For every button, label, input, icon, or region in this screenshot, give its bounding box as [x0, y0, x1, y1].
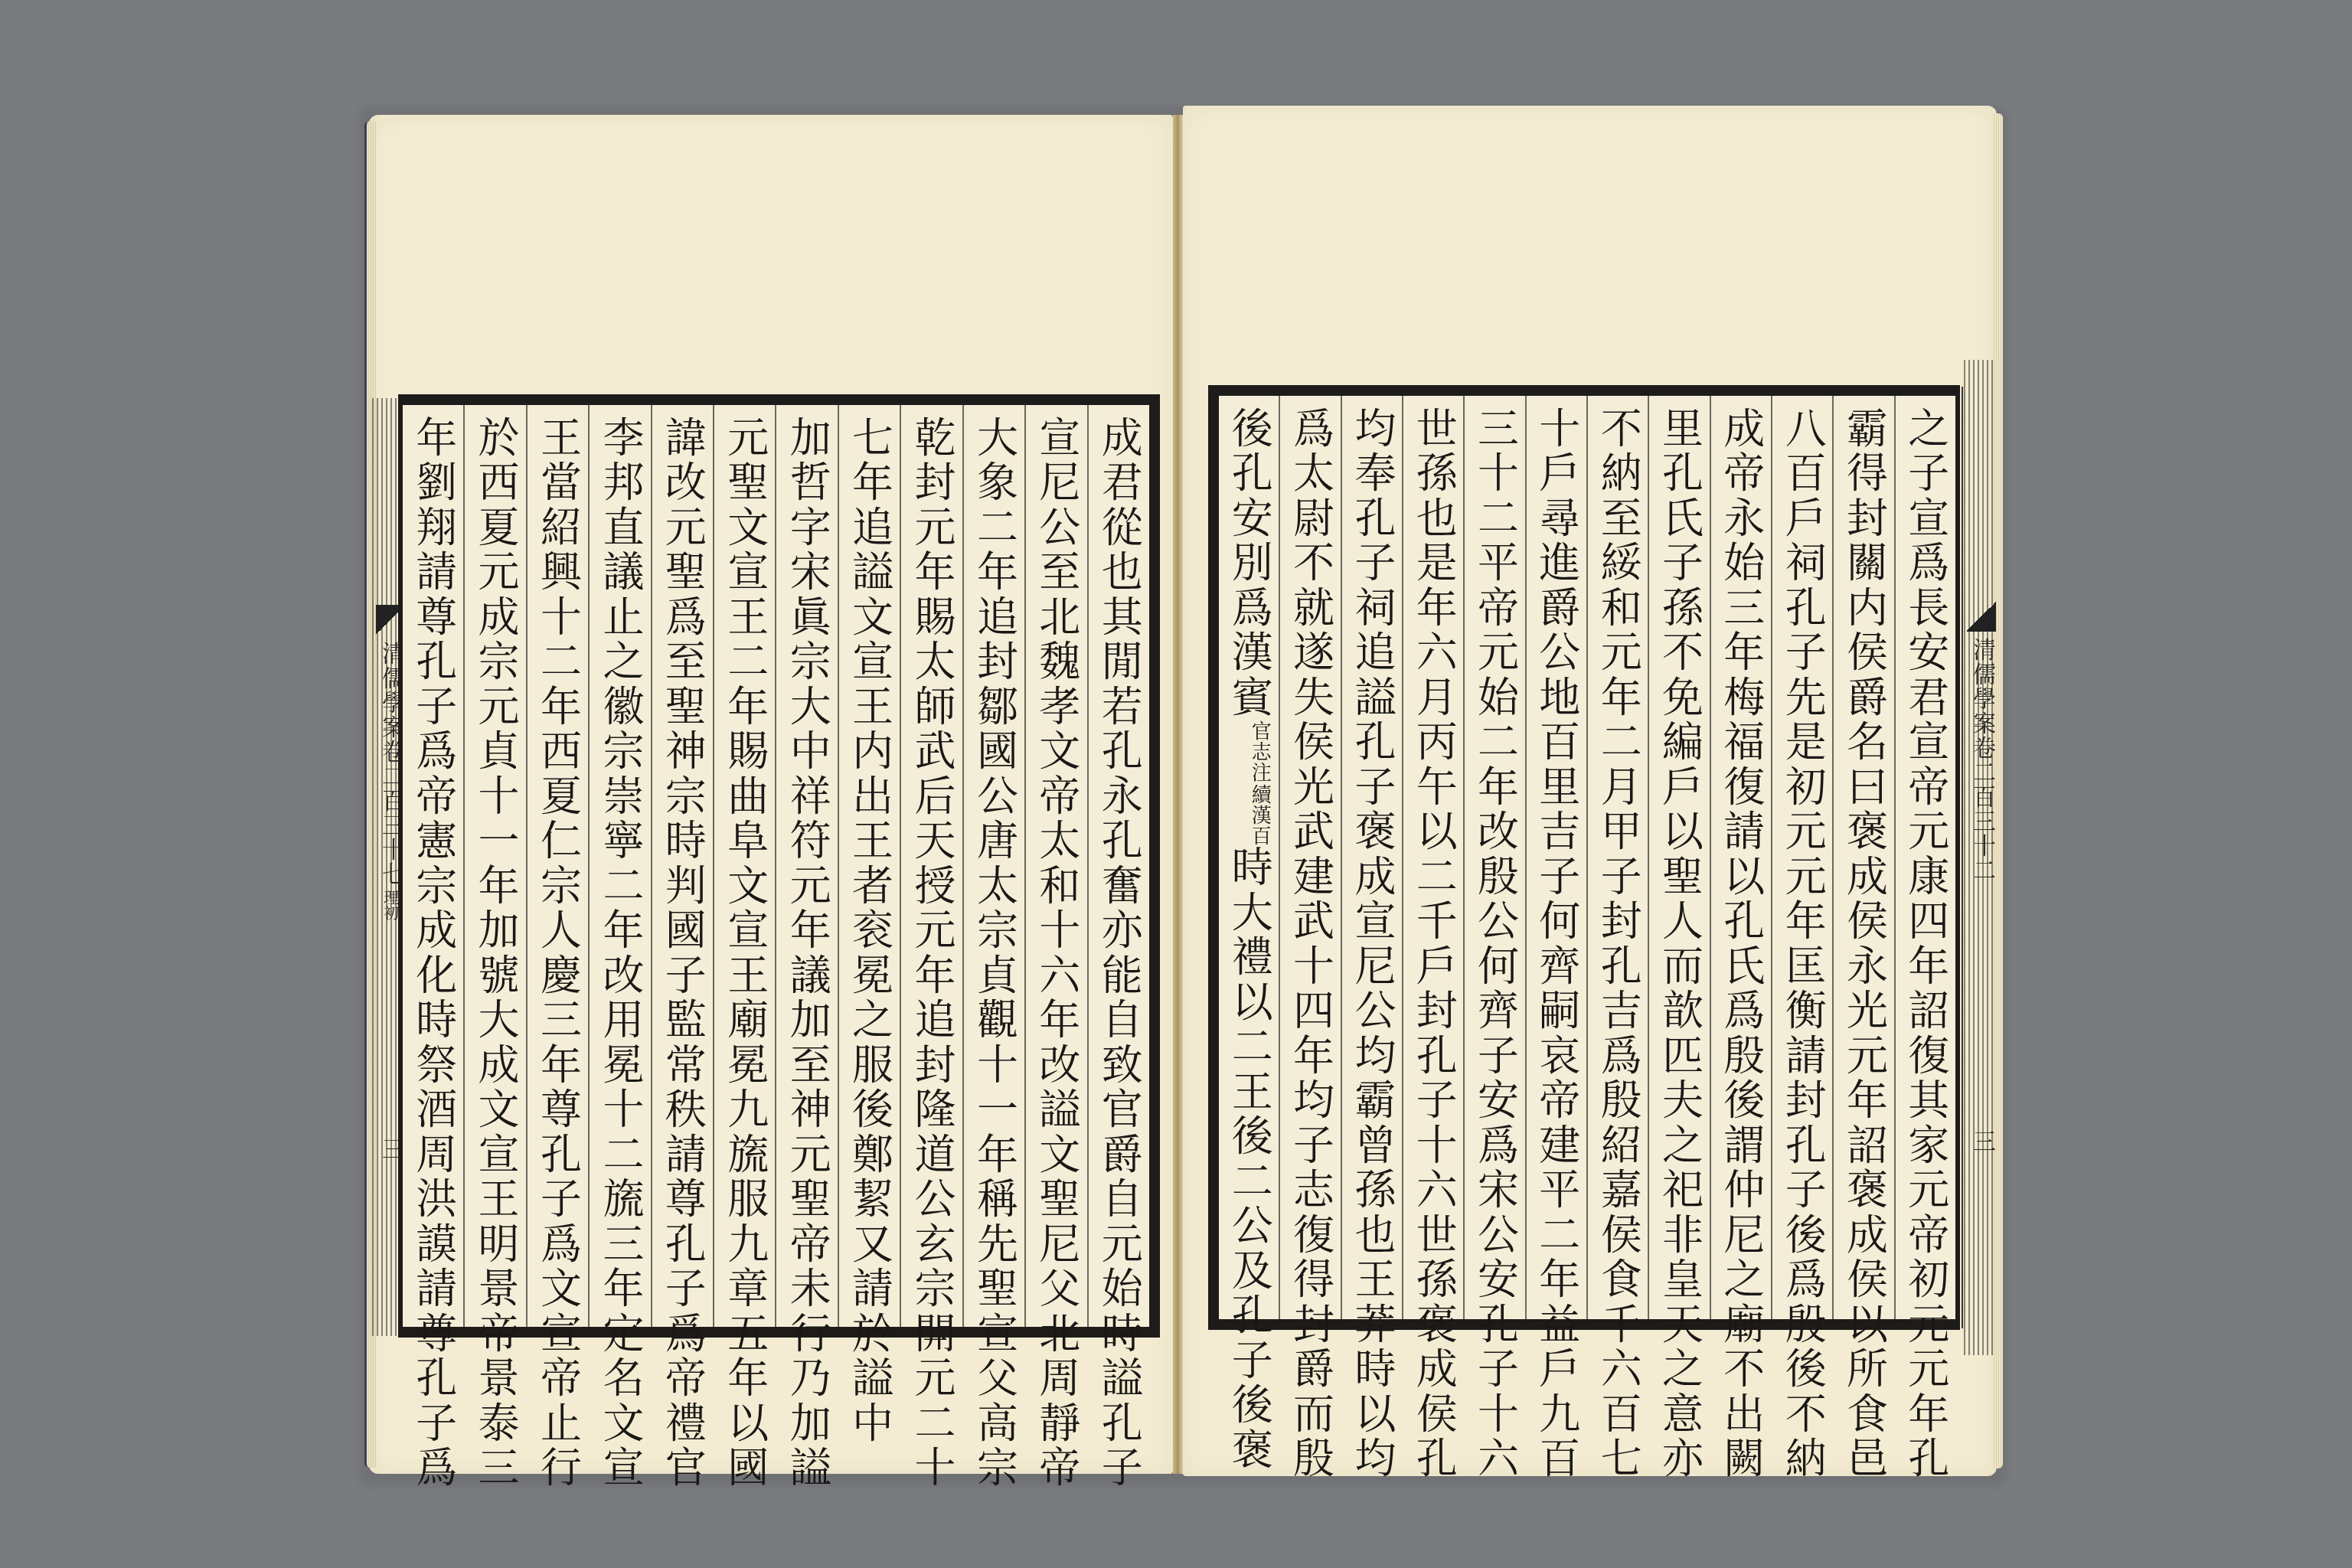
interlinear-note: 續漢百官志注 [1249, 720, 1269, 846]
text-column: 七年追謚文宣王内出王者衮冕之服後鄭絜又請於謚中 [838, 405, 900, 1327]
text-column: 大象二年追封鄒國公唐太宗貞觀十一年稱先聖宣父高宗 [962, 405, 1024, 1327]
text-column: 三十二平帝元始二年改殷公何齊子安爲宋公安孔子十六 [1463, 396, 1524, 1319]
column-text: 後孔安別爲漢賓續漢百官志注時大禮以二王後二公及孔子後褒 [1228, 407, 1269, 1473]
column-text: 諱改元聖爲至聖神宗時判國子監常秩請尊孔子爲帝禮官 [661, 416, 703, 1491]
text-column: 加哲字宋眞宗大中祥符元年議加至神元聖帝未行乃加謚 [775, 405, 837, 1327]
right-page-margin-label: 清儒學案卷二百三十二 三 [1962, 387, 2000, 1328]
text-column: 之子宣爲長安君宣帝元康四年詔復其家元帝初元元年孔 [1894, 396, 1955, 1319]
column-text: 霸得封關内侯爵名曰褒成侯永光元年詔褒成侯以所食邑 [1844, 407, 1885, 1481]
column-text: 不納至綏和元年二月甲子封孔吉爲殷紹嘉侯食千六百七 [1597, 407, 1638, 1481]
column-text: 加哲字宋眞宗大中祥符元年議加至神元聖帝未行乃加謚 [786, 416, 828, 1491]
column-text: 元聖文宣王二年賜曲阜文宣王廟冕九旒服九章五年以國 [724, 416, 766, 1491]
text-column: 霸得封關内侯爵名曰褒成侯永光元年詔褒成侯以所食邑 [1832, 396, 1893, 1319]
text-column: 不納至綏和元年二月甲子封孔吉爲殷紹嘉侯食千六百七 [1586, 396, 1648, 1319]
right-text-frame: 之子宣爲長安君宣帝元康四年詔復其家元帝初元元年孔 霸得封關内侯爵名曰褒成侯永光元… [1208, 385, 1960, 1330]
column-text: 十戶尋進爵公地百里吉子何齊嗣哀帝建平二年益戶九百 [1536, 407, 1577, 1481]
text-column: 諱改元聖爲至聖神宗時判國子監常秩請尊孔子爲帝禮官 [651, 405, 713, 1327]
text-column: 爲太尉不就遂失侯光武建武十四年均子志復得封爵而殷 [1279, 396, 1340, 1319]
column-text: 世孫也是年六月丙午以二千戶封孔子十六世孫褒成侯孔 [1413, 407, 1454, 1481]
text-column: 八百戶祠孔子先是初元元年匡衡請封孔子後爲殷後不納 [1771, 396, 1832, 1319]
text-column: 成君從也其閒若孔永孔奮亦能自致官爵自元始時謚孔子 [1087, 405, 1149, 1327]
text-column: 年劉翔請尊孔子爲帝憲宗成化時祭酒周洪謨請尊孔子爲 [403, 405, 463, 1327]
text-column: 於西夏元成宗元貞十一年加號大成文宣王明景帝景泰三 [463, 405, 525, 1327]
left-text-frame: 成君從也其閒若孔永孔奮亦能自致官爵自元始時謚孔子 宣尼公至北魏孝文帝太和十六年改… [398, 394, 1160, 1338]
column-text: 爲太尉不就遂失侯光武建武十四年均子志復得封爵而殷 [1290, 407, 1331, 1481]
text-column: 里孔氏子孫不免編戶以聖人而歆匹夫之祀非皇天之意亦 [1648, 396, 1709, 1319]
column-text: 年劉翔請尊孔子爲帝憲宗成化時祭酒周洪謨請尊孔子爲 [413, 416, 454, 1491]
text-column-with-annotation: 後孔安別爲漢賓續漢百官志注時大禮以二王後二公及孔子後褒 [1219, 396, 1279, 1319]
column-text: 成君從也其閒若孔永孔奮亦能自致官爵自元始時謚孔子 [1098, 416, 1139, 1491]
column-text: 宣尼公至北魏孝文帝太和十六年改謚文聖尼父北周靜帝 [1036, 416, 1077, 1491]
left-columns: 成君從也其閒若孔永孔奮亦能自致官爵自元始時謚孔子 宣尼公至北魏孝文帝太和十六年改… [403, 405, 1149, 1327]
fish-tail-mark-icon [1967, 601, 1996, 632]
text-column: 宣尼公至北魏孝文帝太和十六年改謚文聖尼父北周靜帝 [1024, 405, 1086, 1327]
text-column: 十戶尋進爵公地百里吉子何齊嗣哀帝建平二年益戶九百 [1525, 396, 1586, 1319]
column-text: 里孔氏子孫不免編戶以聖人而歆匹夫之祀非皇天之意亦 [1659, 407, 1700, 1481]
note-right-line: 續漢百 [1249, 784, 1269, 846]
column-text: 均奉孔子祠追謚孔子褒成宣尼公均霸曾孫也王莽時以均 [1351, 407, 1393, 1481]
text-column: 均奉孔子祠追謚孔子褒成宣尼公均霸曾孫也王莽時以均 [1341, 396, 1402, 1319]
text-column: 王當紹興十二年西夏仁宗人慶三年尊孔子爲文宣帝止行 [526, 405, 588, 1327]
column-text: 三十二平帝元始二年改殷公何齊子安爲宋公安孔子十六 [1475, 407, 1516, 1481]
column-text-part: 時大禮以二王後二公及孔子後褒 [1225, 846, 1273, 1473]
column-text: 於西夏元成宗元貞十一年加號大成文宣王明景帝景泰三 [475, 416, 516, 1491]
column-text-part: 後孔安別爲漢賓 [1225, 407, 1273, 720]
note-left-line: 官志注 [1249, 720, 1269, 782]
column-text: 李邦直議止之徽宗崇寧二年改用冕十二旒三年定名文宣 [599, 416, 641, 1491]
column-text: 大象二年追封鄒國公唐太宗貞觀十一年稱先聖宣父高宗 [973, 416, 1014, 1491]
text-column: 世孫也是年六月丙午以二千戶封孔子十六世孫褒成侯孔 [1402, 396, 1463, 1319]
right-columns: 之子宣爲長安君宣帝元康四年詔復其家元帝初元元年孔 霸得封關内侯爵名曰褒成侯永光元… [1219, 396, 1955, 1319]
text-column: 元聖文宣王二年賜曲阜文宣王廟冕九旒服九章五年以國 [713, 405, 775, 1327]
text-column: 乾封元年賜太師武后天授元年追封隆道公玄宗開元二十 [900, 405, 962, 1327]
column-text: 成帝永始三年梅福復請以孔氏爲殷後謂仲尼之廟不出闕 [1720, 407, 1762, 1481]
right-margin-title: 清儒學案卷二百三十二 [1965, 638, 1998, 883]
book-spine-gutter [1173, 115, 1184, 1474]
column-text: 八百戶祠孔子先是初元元年匡衡請封孔子後爲殷後不納 [1782, 407, 1823, 1481]
column-text: 乾封元年賜太師武后天授元年追封隆道公玄宗開元二十 [911, 416, 952, 1491]
book-photo: 清儒學案卷二百三十七 理初 三 成君從也其閒若孔永孔奮亦能自致官爵自元始時謚孔子… [0, 0, 2352, 1568]
column-text: 七年追謚文宣王内出王者衮冕之服後鄭絜又請於謚中 [849, 416, 890, 1446]
text-column: 成帝永始三年梅福復請以孔氏爲殷後謂仲尼之廟不出闕 [1710, 396, 1771, 1319]
column-text: 王當紹興十二年西夏仁宗人慶三年尊孔子爲文宣帝止行 [537, 416, 578, 1491]
column-text: 之子宣爲長安君宣帝元康四年詔復其家元帝初元元年孔 [1905, 407, 1946, 1481]
text-column: 李邦直議止之徽宗崇寧二年改用冕十二旒三年定名文宣 [588, 405, 650, 1327]
right-page-number: 三 [1965, 1129, 1998, 1152]
